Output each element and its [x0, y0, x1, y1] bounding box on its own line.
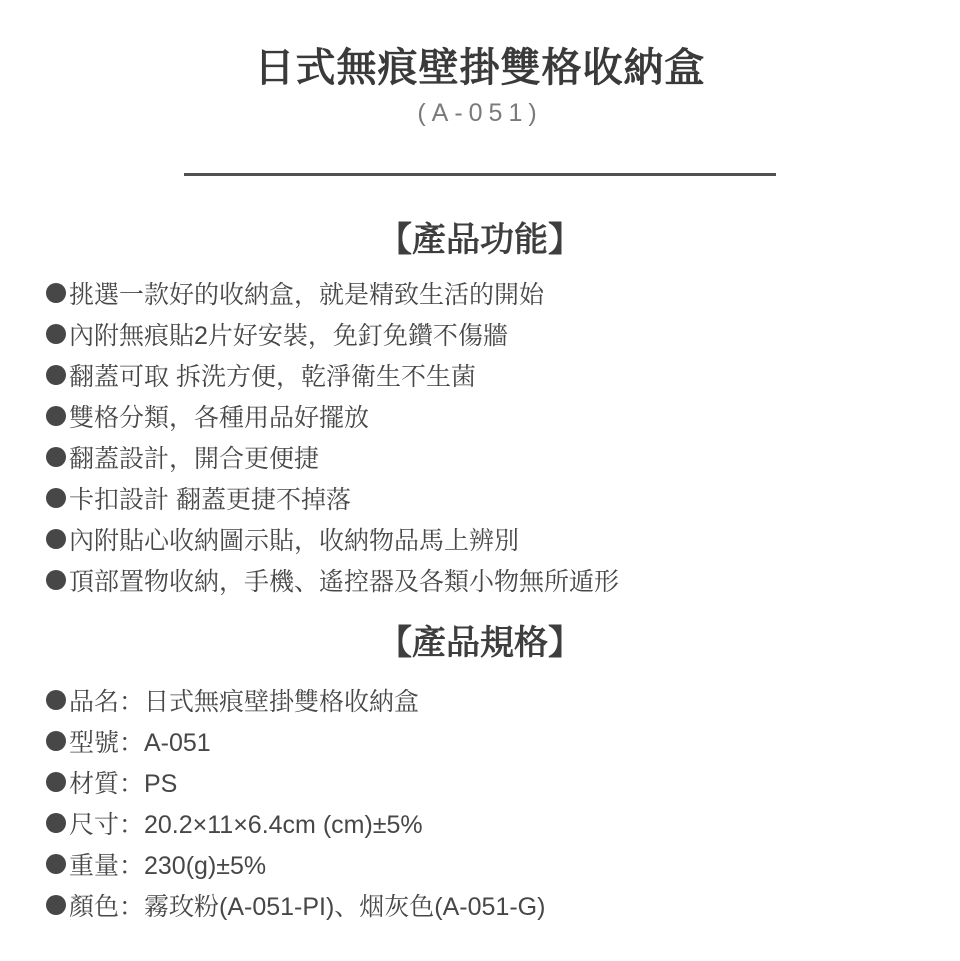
feature-text: 卡扣設計 翻蓋更捷不掉落 — [69, 480, 351, 516]
feature-item: 內附無痕貼2片好安裝，免釘免鑽不傷牆 — [46, 321, 960, 347]
features-section-heading: 【產品功能】 — [0, 220, 960, 260]
spec-item-name: 品名：日式無痕壁掛雙格收納盒 — [46, 687, 960, 713]
page-title: 日式無痕壁掛雙格收納盒 — [0, 0, 960, 92]
bullet-icon — [46, 365, 66, 385]
spec-item-weight: 重量：230(g)±5% — [46, 851, 960, 877]
bullet-icon — [46, 406, 66, 426]
bullet-icon — [46, 813, 66, 833]
bullet-icon — [46, 772, 66, 792]
feature-item: 翻蓋可取 拆洗方便，乾淨衛生不生菌 — [46, 362, 960, 388]
spec-text: 材質：PS — [69, 764, 177, 800]
feature-item: 內附貼心收納圖示貼，收納物品馬上辨別 — [46, 526, 960, 552]
feature-text: 內附無痕貼2片好安裝，免釘免鑽不傷牆 — [69, 316, 508, 352]
spec-text: 型號：A-051 — [69, 723, 211, 759]
feature-text: 內附貼心收納圖示貼，收納物品馬上辨別 — [69, 521, 519, 557]
feature-item: 頂部置物收納，手機、遙控器及各類小物無所遁形 — [46, 567, 960, 593]
bullet-icon — [46, 488, 66, 508]
feature-item: 雙格分類，各種用品好擺放 — [46, 403, 960, 429]
product-info-page: 日式無痕壁掛雙格收納盒 (A-051) 【產品功能】 挑選一款好的收納盒，就是精… — [0, 0, 960, 961]
bullet-icon — [46, 283, 66, 303]
bullet-icon — [46, 324, 66, 344]
specs-list: 品名：日式無痕壁掛雙格收納盒 型號：A-051 材質：PS 尺寸：20.2×11… — [0, 687, 960, 918]
bullet-icon — [46, 447, 66, 467]
specs-section-heading: 【產品規格】 — [0, 623, 960, 663]
feature-text: 頂部置物收納，手機、遙控器及各類小物無所遁形 — [69, 562, 619, 598]
bullet-icon — [46, 854, 66, 874]
spec-item-material: 材質：PS — [46, 769, 960, 795]
feature-text: 挑選一款好的收納盒，就是精致生活的開始 — [69, 275, 544, 311]
spec-text: 品名：日式無痕壁掛雙格收納盒 — [69, 682, 419, 718]
feature-item: 挑選一款好的收納盒，就是精致生活的開始 — [46, 280, 960, 306]
bullet-icon — [46, 895, 66, 915]
divider — [184, 173, 776, 176]
bullet-icon — [46, 690, 66, 710]
spec-text: 尺寸：20.2×11×6.4cm (cm)±5% — [69, 805, 423, 841]
feature-text: 翻蓋可取 拆洗方便，乾淨衛生不生菌 — [69, 357, 476, 393]
spec-item-model: 型號：A-051 — [46, 728, 960, 754]
bullet-icon — [46, 731, 66, 751]
features-list: 挑選一款好的收納盒，就是精致生活的開始 內附無痕貼2片好安裝，免釘免鑽不傷牆 翻… — [0, 280, 960, 593]
feature-text: 雙格分類，各種用品好擺放 — [69, 398, 369, 434]
bullet-icon — [46, 570, 66, 590]
spec-item-size: 尺寸：20.2×11×6.4cm (cm)±5% — [46, 810, 960, 836]
spec-item-color: 顏色：霧玫粉(A-051-PI)、烟灰色(A-051-G) — [46, 892, 960, 918]
bullet-icon — [46, 529, 66, 549]
model-number: (A-051) — [0, 99, 960, 127]
spec-text: 顏色：霧玫粉(A-051-PI)、烟灰色(A-051-G) — [69, 887, 545, 923]
feature-item: 卡扣設計 翻蓋更捷不掉落 — [46, 485, 960, 511]
feature-text: 翻蓋設計，開合更便捷 — [69, 439, 319, 475]
spec-text: 重量：230(g)±5% — [69, 846, 266, 882]
feature-item: 翻蓋設計，開合更便捷 — [46, 444, 960, 470]
